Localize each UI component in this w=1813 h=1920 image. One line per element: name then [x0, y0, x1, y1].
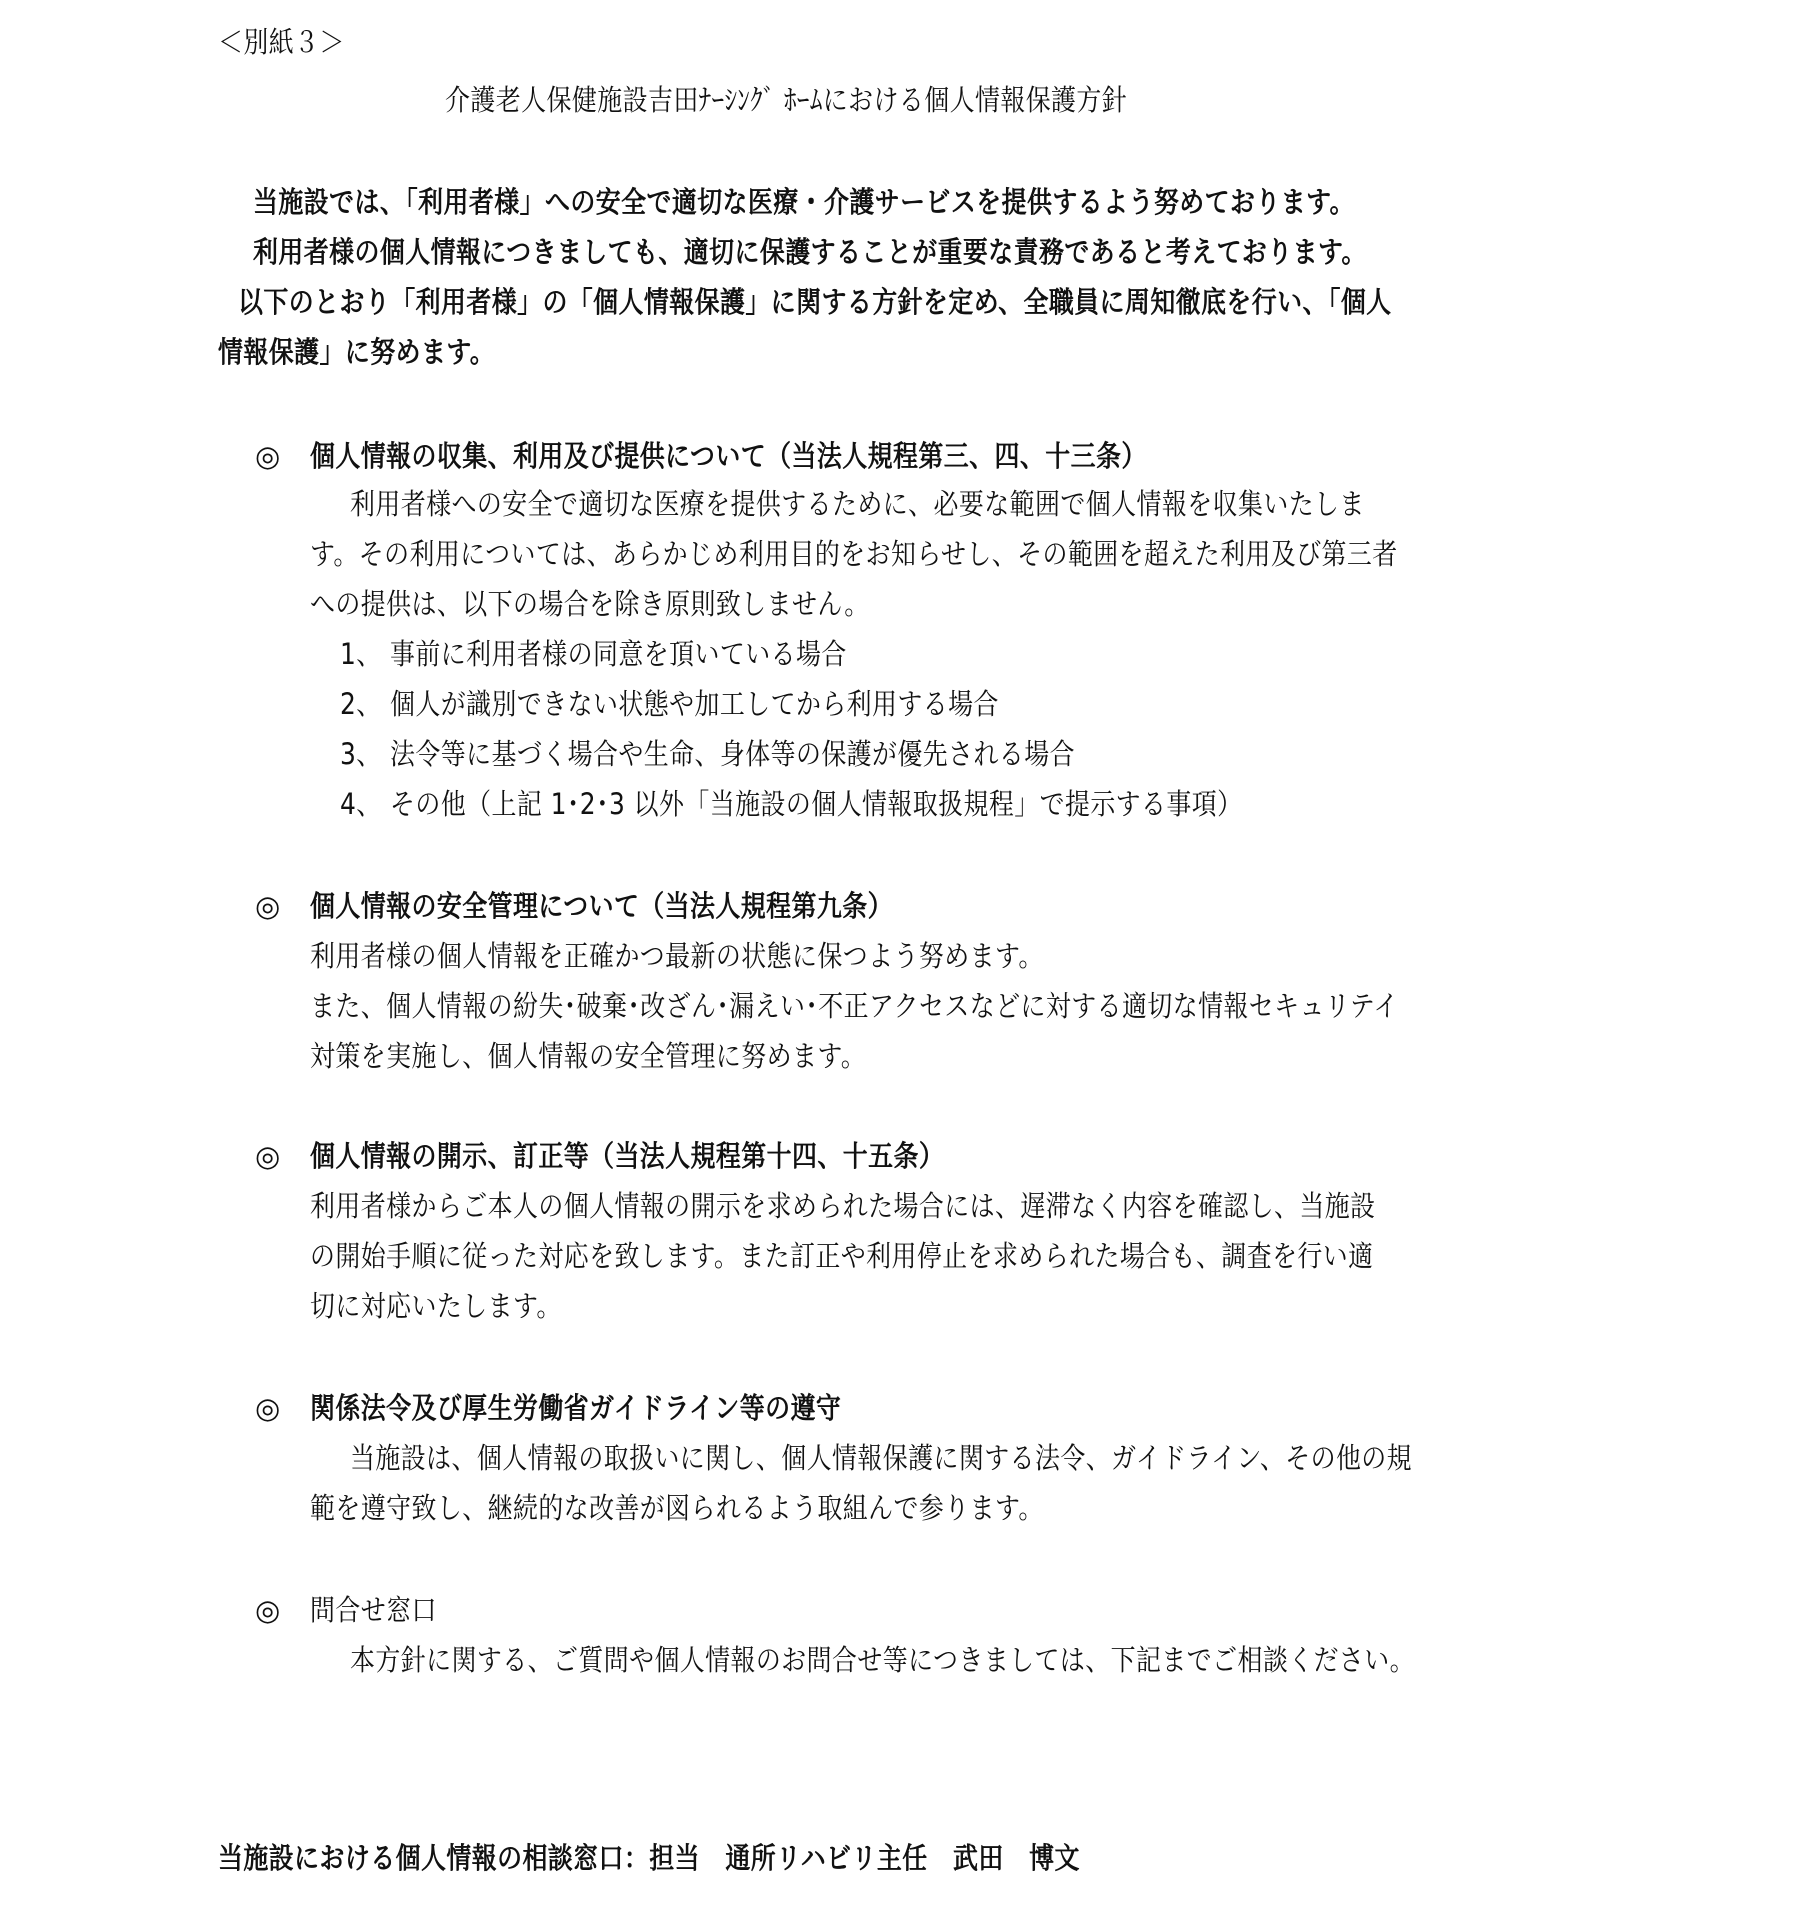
section-heading: 関係法令及び厚生労働省ガイドライン等の遵守: [310, 1388, 841, 1428]
double-circle-icon: ◎: [255, 1136, 280, 1176]
section-body-line: 切に対応いたします。: [310, 1286, 562, 1326]
section-heading: 個人情報の安全管理について（当法人規程第九条）: [310, 886, 893, 926]
section-body-line: 範を遵守致し、継続的な改善が図られるよう取組んで参ります。: [310, 1488, 1044, 1528]
attachment-label: ＜別紙３＞: [218, 22, 345, 62]
exception-item: 2、 個人が識別できない状態や加工してから利用する場合: [340, 684, 999, 724]
double-circle-icon: ◎: [255, 1590, 280, 1630]
section-body-line: 利用者様への安全で適切な医療を提供するために、必要な範囲で個人情報を収集いたしま: [350, 484, 1365, 524]
section-body-line: の開始手順に従った対応を致します。また訂正や利用停止を求められた場合も、調査を行…: [310, 1236, 1374, 1276]
section-body-line: また、個人情報の紛失･破棄･改ざん･漏えい･不正アクセスなどに対する適切な情報セ…: [310, 986, 1399, 1026]
section-body-line: 利用者様の個人情報を正確かつ最新の状態に保つよう努めます。: [310, 936, 1044, 976]
section-body-line: 対策を実施し、個人情報の安全管理に努めます。: [310, 1036, 866, 1076]
section-body-line: 当施設は、個人情報の取扱いに関し、個人情報保護に関する法令、ガイドライン、その他…: [350, 1438, 1412, 1478]
section-body-line: への提供は、以下の場合を除き原則致しません。: [310, 584, 870, 624]
section-body-line: す。その利用については、あらかじめ利用目的をお知らせし、その範囲を超えた利用及び…: [310, 534, 1398, 574]
exception-item: 1、 事前に利用者様の同意を頂いている場合: [340, 634, 847, 674]
intro-line: 情報保護」に努めます。: [218, 332, 495, 372]
double-circle-icon: ◎: [255, 436, 280, 476]
section-heading: 個人情報の開示、訂正等（当法人規程第十四、十五条）: [310, 1136, 944, 1176]
double-circle-icon: ◎: [255, 1388, 280, 1428]
intro-line: 利用者様の個人情報につきましても、適切に保護することが重要な責務であると考えてお…: [253, 232, 1367, 272]
section-heading: 問合せ窓口: [310, 1590, 437, 1630]
double-circle-icon: ◎: [255, 886, 280, 926]
document-title: 介護老人保健施設吉田ﾅｰｼﾝｸﾞ ﾎｰﾑにおける個人情報保護方針: [445, 80, 1127, 120]
exception-item: 4、 その他（上記 1･2･3 以外「当施設の個人情報取扱規程」で提示する事項）: [340, 784, 1243, 824]
section-heading: 個人情報の収集、利用及び提供について（当法人規程第三、四、十三条）: [310, 436, 1147, 476]
consultation-contact-footer: 当施設における個人情報の相談窓口：担当 通所リハビリ主任 武田 博文: [218, 1838, 1080, 1878]
exception-item: 3、 法令等に基づく場合や生命、身体等の保護が優先される場合: [340, 734, 1075, 774]
intro-line: 以下のとおり「利用者様」の「個人情報保護」に関する方針を定め、全職員に周知徹底を…: [238, 282, 1392, 322]
intro-line: 当施設では、「利用者様」への安全で適切な医療・介護サービスを提供するよう努めてお…: [253, 182, 1355, 222]
section-body-line: 利用者様からご本人の個人情報の開示を求められた場合には、遅滞なく内容を確認し、当…: [310, 1186, 1376, 1226]
section-body-line: 本方針に関する、ご質問や個人情報のお問合せ等につきましては、下記までご相談くださ…: [350, 1640, 1415, 1680]
